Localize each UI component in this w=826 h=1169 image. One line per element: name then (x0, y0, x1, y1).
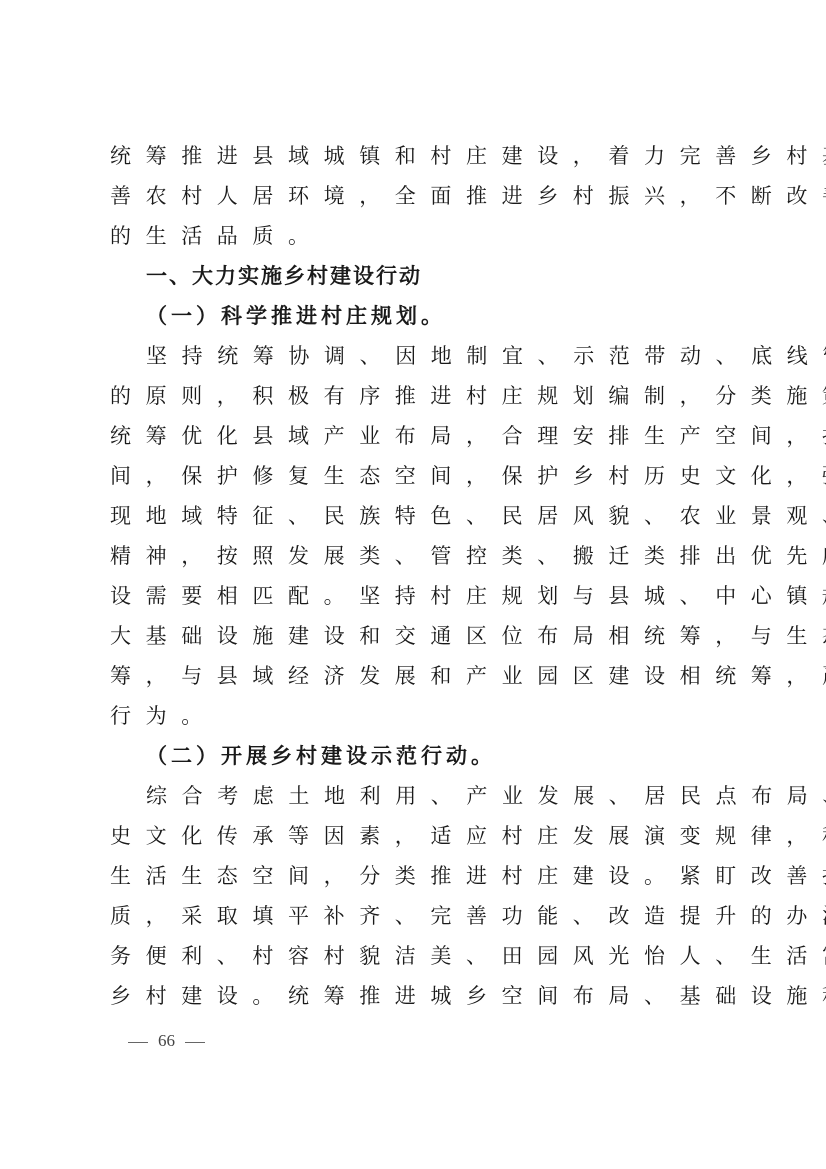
subsection-heading: （二）开展乡村建设示范行动。 (110, 736, 724, 776)
paragraph-line: 务便利、村容村貌洁美、田园风光怡人、生活富裕和谐为重点的 (110, 936, 724, 976)
section-heading: 一、大力实施乡村建设行动 (110, 256, 724, 296)
paragraph-line: 的生活品质。 (110, 216, 724, 256)
paragraph-line: 精神，按照发展类、管控类、搬迁类排出优先序，实现与乡村建 (110, 536, 724, 576)
dash-left (128, 1042, 148, 1043)
paragraph-line: 行为。 (110, 696, 724, 736)
paragraph-line: 筹，与县域经济发展和产业园区建设相统筹，严肃查处违规乱建 (110, 656, 724, 696)
paragraph-line: 现地域特征、民族特色、民居风貌、农业景观、乡土文化、时代 (110, 496, 724, 536)
subsection-heading: （一）科学推进村庄规划。 (110, 296, 724, 336)
page-footer: 66 (118, 1031, 215, 1051)
paragraph-line: 的原则，积极有序推进村庄规划编制，分类施策引导村庄发展。 (110, 376, 724, 416)
document-body: 统筹推进县域城镇和村庄建设，着力完善乡村基础设施，持续改 善农村人居环境，全面推… (110, 136, 724, 1016)
paragraph-line: 大基础设施建设和交通区位布局相统筹，与生态环境保护相统 (110, 616, 724, 656)
paragraph-line: 史文化传承等因素，适应村庄发展演变规律，科学布局乡村生产 (110, 816, 724, 856)
dash-right (185, 1042, 205, 1043)
paragraph-line: 坚持统筹协调、因地制宜、示范带动、底线管控、尊重民意 (110, 336, 724, 376)
paragraph-line: 统筹优化县域产业布局，合理安排生产空间，打造宜居生活空 (110, 416, 724, 456)
paragraph-line: 间，保护修复生态空间，保护乡村历史文化，强化综合防灾，体 (110, 456, 724, 496)
paragraph-line: 设需要相匹配。坚持村庄规划与县城、中心镇规划相统筹，与重 (110, 576, 724, 616)
paragraph-line: 善农村人居环境，全面推进乡村振兴，不断改善和提升广大农民 (110, 176, 724, 216)
paragraph-line: 质，采取填平补齐、完善功能、改造提升的办法，开展以公共服 (110, 896, 724, 936)
paragraph-line: 生活生态空间，分类推进村庄建设。紧盯改善提升农民生活品 (110, 856, 724, 896)
paragraph-line: 乡村建设。统筹推进城乡空间布局、基础设施和公共服务设施建 (110, 976, 724, 1016)
paragraph-line: 统筹推进县域城镇和村庄建设，着力完善乡村基础设施，持续改 (110, 136, 724, 176)
page-number: 66 (158, 1031, 175, 1050)
paragraph-line: 综合考虑土地利用、产业发展、居民点布局、生态保护和历 (110, 776, 724, 816)
document-page: 统筹推进县域城镇和村庄建设，着力完善乡村基础设施，持续改 善农村人居环境，全面推… (0, 0, 826, 1169)
